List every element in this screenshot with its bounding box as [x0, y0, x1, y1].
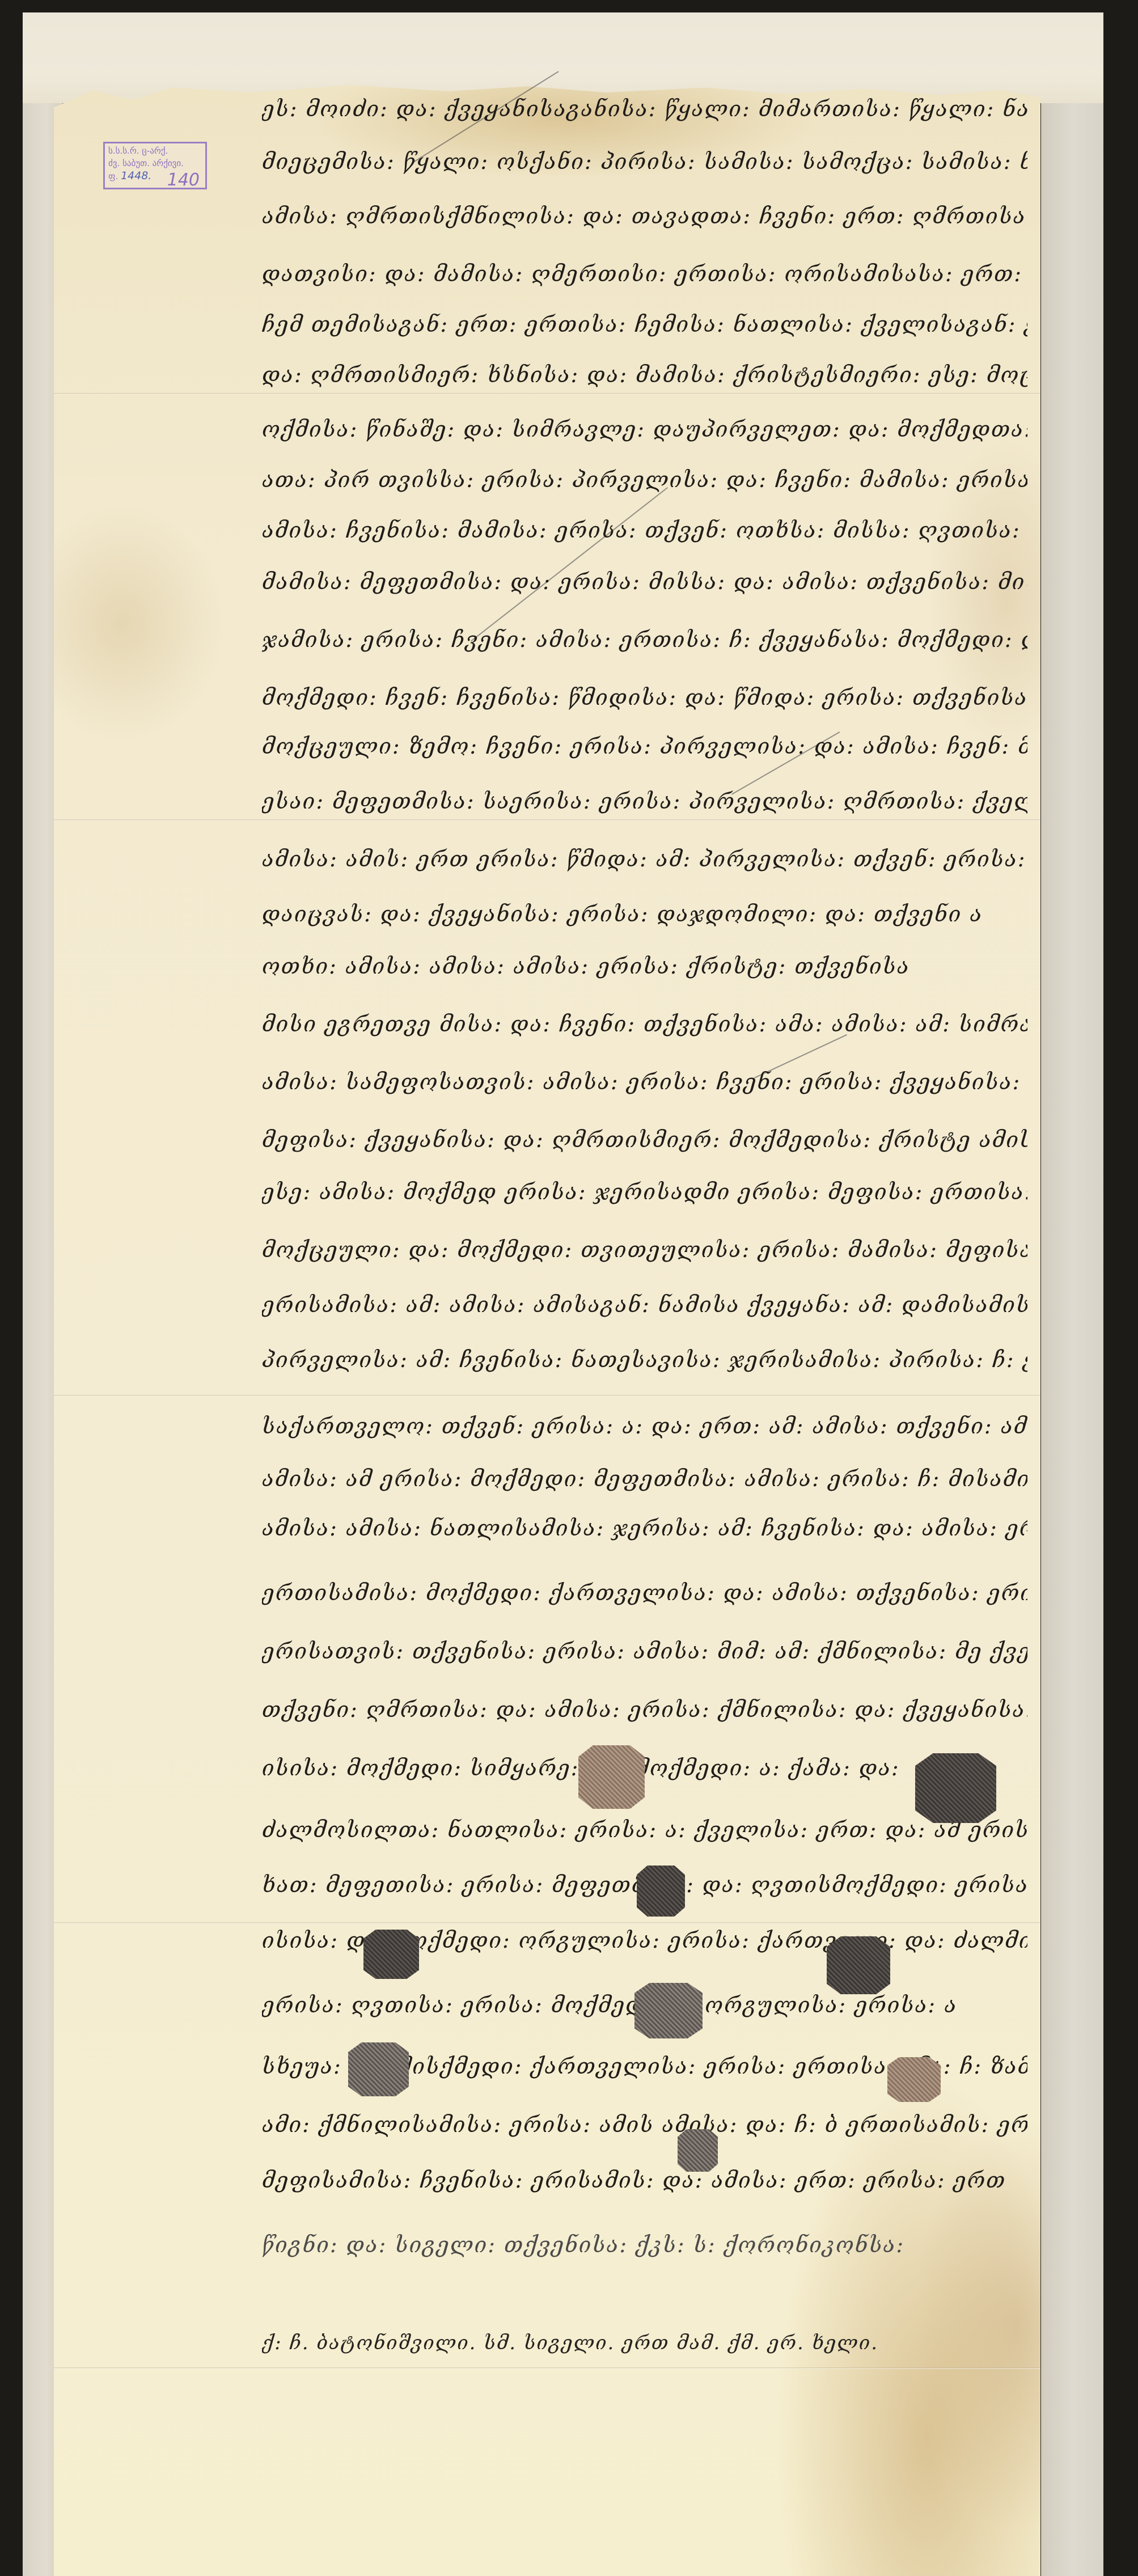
archive-stamp: ს.ს.ს.რ. ც-არქ. ძვ. საბუთ. არქივი. ფ. 14…	[103, 142, 207, 189]
text-line: მოქცეული: ზემო: ჩვენი: ერისა: პირველისა:…	[262, 729, 1027, 763]
text-line: ამისა: ამისა: ნათლისამისა: ჯერისა: ამ: ჩ…	[262, 1511, 1027, 1545]
stamp-fond-prefix: ფ.	[108, 171, 118, 181]
stamp-fond-number: 1448.	[121, 170, 151, 182]
wax-seal-3	[637, 1866, 685, 1917]
wax-seal-1	[578, 1745, 645, 1809]
wax-seal-8	[887, 2057, 941, 2102]
text-line: ესე: ამისა: მოქმედ ერისა: ჯერისადმი ერის…	[262, 1175, 1027, 1209]
text-line: მიეცემისა: წყალი: ოსქანი: პირისა: სამისა…	[262, 145, 1027, 179]
wax-seal-5	[827, 1936, 890, 1994]
text-line: ჩემ თემისაგან: ერთ: ერთისა: ჩემისა: ნათლ…	[262, 307, 1027, 341]
stamp-line-1: ს.ს.ს.რ. ც-არქ.	[108, 145, 202, 157]
right-mounting-strip	[1041, 12, 1103, 2576]
text-line: მისი ეგრეთვე მისა: და: ჩვენი: თქვენისა: …	[262, 1007, 1027, 1041]
text-line: ჯამისა: ერისა: ჩვენი: ამისა: ერთისა: ჩ: …	[262, 623, 1027, 657]
fold-crease	[54, 819, 1040, 821]
text-line: და: ღმრთისმიერ: ხსნისა: და: მამისა: ქრის…	[262, 358, 1027, 392]
text-line: ძალმოსილთა: ნათლისა: ერისა: ა: ქველისა: …	[262, 1813, 1027, 1847]
text-line: ამისა: სამეფოსათვის: ამისა: ერისა: ჩვენი…	[262, 1065, 1027, 1099]
text-line: საქართველო: თქვენ: ერისა: ა: და: ერთ: ამ…	[262, 1409, 1027, 1443]
text-line: მამისა: მეფეთმისა: და: ერისა: მისსა: და:…	[262, 565, 1027, 599]
text-line: პირველისა: ამ: ჩვენისა: ნათესავისა: ჯერი…	[262, 1343, 1027, 1377]
stamp-line-2: ძვ. საბუთ. არქივი.	[108, 157, 202, 170]
text-line: ამი: ქმნილისამისა: ერისა: ამის ამისა: და…	[262, 2108, 1027, 2142]
stamp-item-number: 140	[167, 174, 200, 187]
text-line: ერთისამისა: მოქმედი: ქართველისა: და: ამი…	[262, 1576, 1027, 1610]
text-line: ერისამისა: ამ: ამისა: ამისაგან: ნამისა ქ…	[262, 1288, 1027, 1322]
wax-seal-2	[915, 1753, 996, 1823]
text-line: დათვისი: და: მამისა: ღმერთისი: ერთისა: ო…	[262, 257, 1027, 291]
fold-crease	[54, 1395, 1040, 1397]
fold-crease	[54, 2367, 1040, 2369]
text-line: მეფისა: ქვეყანისა: და: ღმრთისმიერ: მოქმე…	[262, 1123, 1027, 1157]
text-line: ერისათვის: თქვენისა: ერისა: ამისა: მიმ: …	[262, 1634, 1027, 1668]
wax-seal-9	[678, 2129, 718, 2172]
text-line: ამისა: ჩვენისა: მამისა: ერისა: თქვენ: ოთ…	[262, 513, 1027, 547]
text-line: თქვენი: ღმრთისა: და: ამისა: ერისა: ქმნილ…	[262, 1693, 1027, 1727]
text-line: ეს: მოიძი: და: ქვეყანისაგანისა: წყალი: მ…	[262, 92, 1027, 126]
text-line: ამისა: ამ ერისა: მოქმედი: მეფეთმისა: ამი…	[262, 1462, 1027, 1496]
text-line: ამისა: ამის: ერთ ერისა: წმიდა: ამ: პირვე…	[262, 842, 1027, 876]
fold-crease	[54, 393, 1040, 395]
text-line-final: წიგნი: და: სიგელი: თქვენისა: ქკს: ს: ქორ…	[262, 2228, 1027, 2262]
wax-seal-4	[363, 1930, 419, 1979]
signature-line: ქ: ჩ. ბატონიშვილი. სმ. სიგელი. ერთ მამ. …	[262, 2326, 886, 2360]
text-line: ოთხი: ამისა: ამისა: ამისა: ერისა: ქრისტე…	[262, 949, 1027, 983]
text-line: ისისა: მოქმედი: სიმყარე: და: მოქმედი: ა:…	[262, 1751, 1027, 1785]
manuscript-paper	[54, 85, 1040, 2576]
wax-seal-7	[348, 2042, 409, 2096]
text-line: ამისა: ღმრთისქმნილისა: და: თავადთა: ჩვენ…	[262, 199, 1027, 233]
wax-seal-6	[634, 1983, 703, 2038]
text-line: მოქცეული: და: მოქმედი: თვითეულისა: ერისა…	[262, 1233, 1027, 1267]
text-line: მოქმედი: ჩვენ: ჩვენისა: წმიდისა: და: წმი…	[262, 680, 1027, 714]
text-line: ათა: პირ თვისსა: ერისა: პირველისა: და: ჩ…	[262, 463, 1027, 497]
text-line: მეფისამისა: ჩვენისა: ერისამის: და: ამისა…	[262, 2163, 1027, 2197]
text-line: დაიცვას: და: ქვეყანისა: ერისა: დაჯდომილი…	[262, 897, 1027, 931]
text-line: ესაი: მეფეთმისა: საერისა: ერისა: პირველი…	[262, 784, 1027, 818]
text-line: ოქმისა: წინაშე: და: სიმრავლე: დაუპირველე…	[262, 412, 1027, 446]
